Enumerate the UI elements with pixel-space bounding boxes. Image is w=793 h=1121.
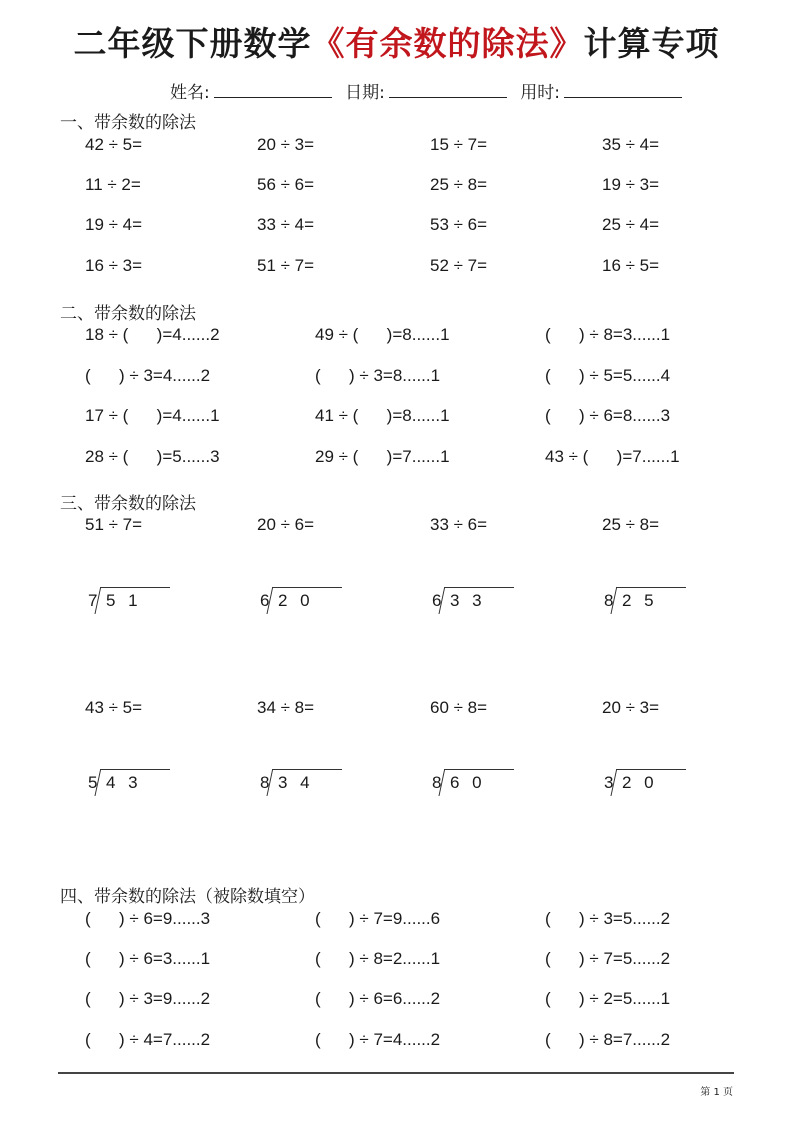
problem: 18 ÷ ( )=4......2 xyxy=(85,325,220,345)
problem: 29 ÷ ( )=7......1 xyxy=(315,447,450,467)
dividend: 3 3 xyxy=(450,591,486,611)
time-label: 用时: xyxy=(520,83,560,103)
dividend: 3 4 xyxy=(278,773,314,793)
problem: ( ) ÷ 2=5......1 xyxy=(545,989,670,1009)
problem: 20 ÷ 3= xyxy=(257,135,314,155)
problem: 51 ÷ 7= xyxy=(85,515,142,535)
problem: ( ) ÷ 3=9......2 xyxy=(85,989,210,1009)
problem: ( ) ÷ 5=5......4 xyxy=(545,366,670,386)
problem: 16 ÷ 5= xyxy=(602,256,659,276)
problem: 41 ÷ ( )=8......1 xyxy=(315,406,450,426)
section-1-row: 11 ÷ 2= 56 ÷ 6= 25 ÷ 8= 19 ÷ 3= xyxy=(0,175,793,197)
section-2-row: 18 ÷ ( )=4......2 49 ÷ ( )=8......1 ( ) … xyxy=(0,325,793,347)
student-info-line: 姓名: 日期: 用时: xyxy=(170,78,690,103)
problem: ( ) ÷ 8=2......1 xyxy=(315,949,440,969)
problem: ( ) ÷ 7=5......2 xyxy=(545,949,670,969)
problem: ( ) ÷ 8=3......1 xyxy=(545,325,670,345)
problem: 43 ÷ ( )=7......1 xyxy=(545,447,680,467)
dividend: 6 0 xyxy=(450,773,486,793)
name-label: 姓名: xyxy=(170,83,210,103)
date-blank[interactable] xyxy=(389,81,507,98)
dividend: 2 0 xyxy=(278,591,314,611)
problem: ( ) ÷ 7=4......2 xyxy=(315,1030,440,1050)
problem: ( ) ÷ 6=3......1 xyxy=(85,949,210,969)
section-2-row: 28 ÷ ( )=5......3 29 ÷ ( )=7......1 43 ÷… xyxy=(0,447,793,469)
dividend: 5 1 xyxy=(106,591,142,611)
problem: 56 ÷ 6= xyxy=(257,175,314,195)
section-4-row: ( ) ÷ 3=9......2 ( ) ÷ 6=6......2 ( ) ÷ … xyxy=(0,989,793,1011)
section-1-title: 一、带余数的除法 xyxy=(60,108,196,133)
problem: ( ) ÷ 8=7......2 xyxy=(545,1030,670,1050)
section-4-row: ( ) ÷ 4=7......2 ( ) ÷ 7=4......2 ( ) ÷ … xyxy=(0,1030,793,1052)
section-4-row: ( ) ÷ 6=9......3 ( ) ÷ 7=9......6 ( ) ÷ … xyxy=(0,909,793,931)
title-highlight: 《有余数的除法》 xyxy=(312,24,584,63)
problem: 43 ÷ 5= xyxy=(85,698,142,718)
problem: ( ) ÷ 3=5......2 xyxy=(545,909,670,929)
problem: 25 ÷ 8= xyxy=(602,515,659,535)
problem: ( ) ÷ 7=9......6 xyxy=(315,909,440,929)
problem: 33 ÷ 4= xyxy=(257,215,314,235)
problem: 16 ÷ 3= xyxy=(85,256,142,276)
problem: 19 ÷ 3= xyxy=(602,175,659,195)
problem: 25 ÷ 8= xyxy=(430,175,487,195)
problem: ( ) ÷ 4=7......2 xyxy=(85,1030,210,1050)
problem: 17 ÷ ( )=4......1 xyxy=(85,406,220,426)
footer-divider xyxy=(58,1072,734,1074)
date-label: 日期: xyxy=(345,83,385,103)
problem: 11 ÷ 2= xyxy=(85,175,141,195)
section-3-title: 三、带余数的除法 xyxy=(60,489,196,514)
problem: ( ) ÷ 3=8......1 xyxy=(315,366,440,386)
problem: 35 ÷ 4= xyxy=(602,135,659,155)
problem: 34 ÷ 8= xyxy=(257,698,314,718)
problem: ( ) ÷ 3=4......2 xyxy=(85,366,210,386)
dividend: 4 3 xyxy=(106,773,142,793)
problem: 19 ÷ 4= xyxy=(85,215,142,235)
section-2-row: ( ) ÷ 3=4......2 ( ) ÷ 3=8......1 ( ) ÷ … xyxy=(0,366,793,388)
dividend: 2 5 xyxy=(622,591,658,611)
problem: 52 ÷ 7= xyxy=(430,256,487,276)
section-1-row: 16 ÷ 3= 51 ÷ 7= 52 ÷ 7= 16 ÷ 5= xyxy=(0,256,793,278)
dividend: 2 0 xyxy=(622,773,658,793)
section-3-equation-row: 51 ÷ 7= 20 ÷ 6= 33 ÷ 6= 25 ÷ 8= xyxy=(0,515,793,537)
section-4-title: 四、带余数的除法（被除数填空） xyxy=(60,882,315,907)
problem: 51 ÷ 7= xyxy=(257,256,314,276)
problem: 49 ÷ ( )=8......1 xyxy=(315,325,450,345)
worksheet-title: 二年级下册数学《有余数的除法》计算专项 xyxy=(0,18,793,65)
problem: 28 ÷ ( )=5......3 xyxy=(85,447,220,467)
problem: 20 ÷ 3= xyxy=(602,698,659,718)
title-prefix: 二年级下册数学 xyxy=(74,24,312,63)
problem: ( ) ÷ 6=6......2 xyxy=(315,989,440,1009)
section-2-title: 二、带余数的除法 xyxy=(60,299,196,324)
problem: 60 ÷ 8= xyxy=(430,698,487,718)
problem: 53 ÷ 6= xyxy=(430,215,487,235)
problem: 15 ÷ 7= xyxy=(430,135,487,155)
section-4-row: ( ) ÷ 6=3......1 ( ) ÷ 8=2......1 ( ) ÷ … xyxy=(0,949,793,971)
problem: 25 ÷ 4= xyxy=(602,215,659,235)
problem: ( ) ÷ 6=8......3 xyxy=(545,406,670,426)
problem: 42 ÷ 5= xyxy=(85,135,142,155)
problem: ( ) ÷ 6=9......3 xyxy=(85,909,210,929)
problem: 20 ÷ 6= xyxy=(257,515,314,535)
section-1-row: 19 ÷ 4= 33 ÷ 4= 53 ÷ 6= 25 ÷ 4= xyxy=(0,215,793,237)
problem: 33 ÷ 6= xyxy=(430,515,487,535)
section-2-row: 17 ÷ ( )=4......1 41 ÷ ( )=8......1 ( ) … xyxy=(0,406,793,428)
time-blank[interactable] xyxy=(564,81,682,98)
section-3-equation-row: 43 ÷ 5= 34 ÷ 8= 60 ÷ 8= 20 ÷ 3= xyxy=(0,698,793,720)
section-1-row: 42 ÷ 5= 20 ÷ 3= 15 ÷ 7= 35 ÷ 4= xyxy=(0,135,793,157)
title-suffix: 计算专项 xyxy=(584,24,720,63)
name-blank[interactable] xyxy=(214,81,332,98)
page-number: 第 1 页 xyxy=(700,1083,733,1098)
